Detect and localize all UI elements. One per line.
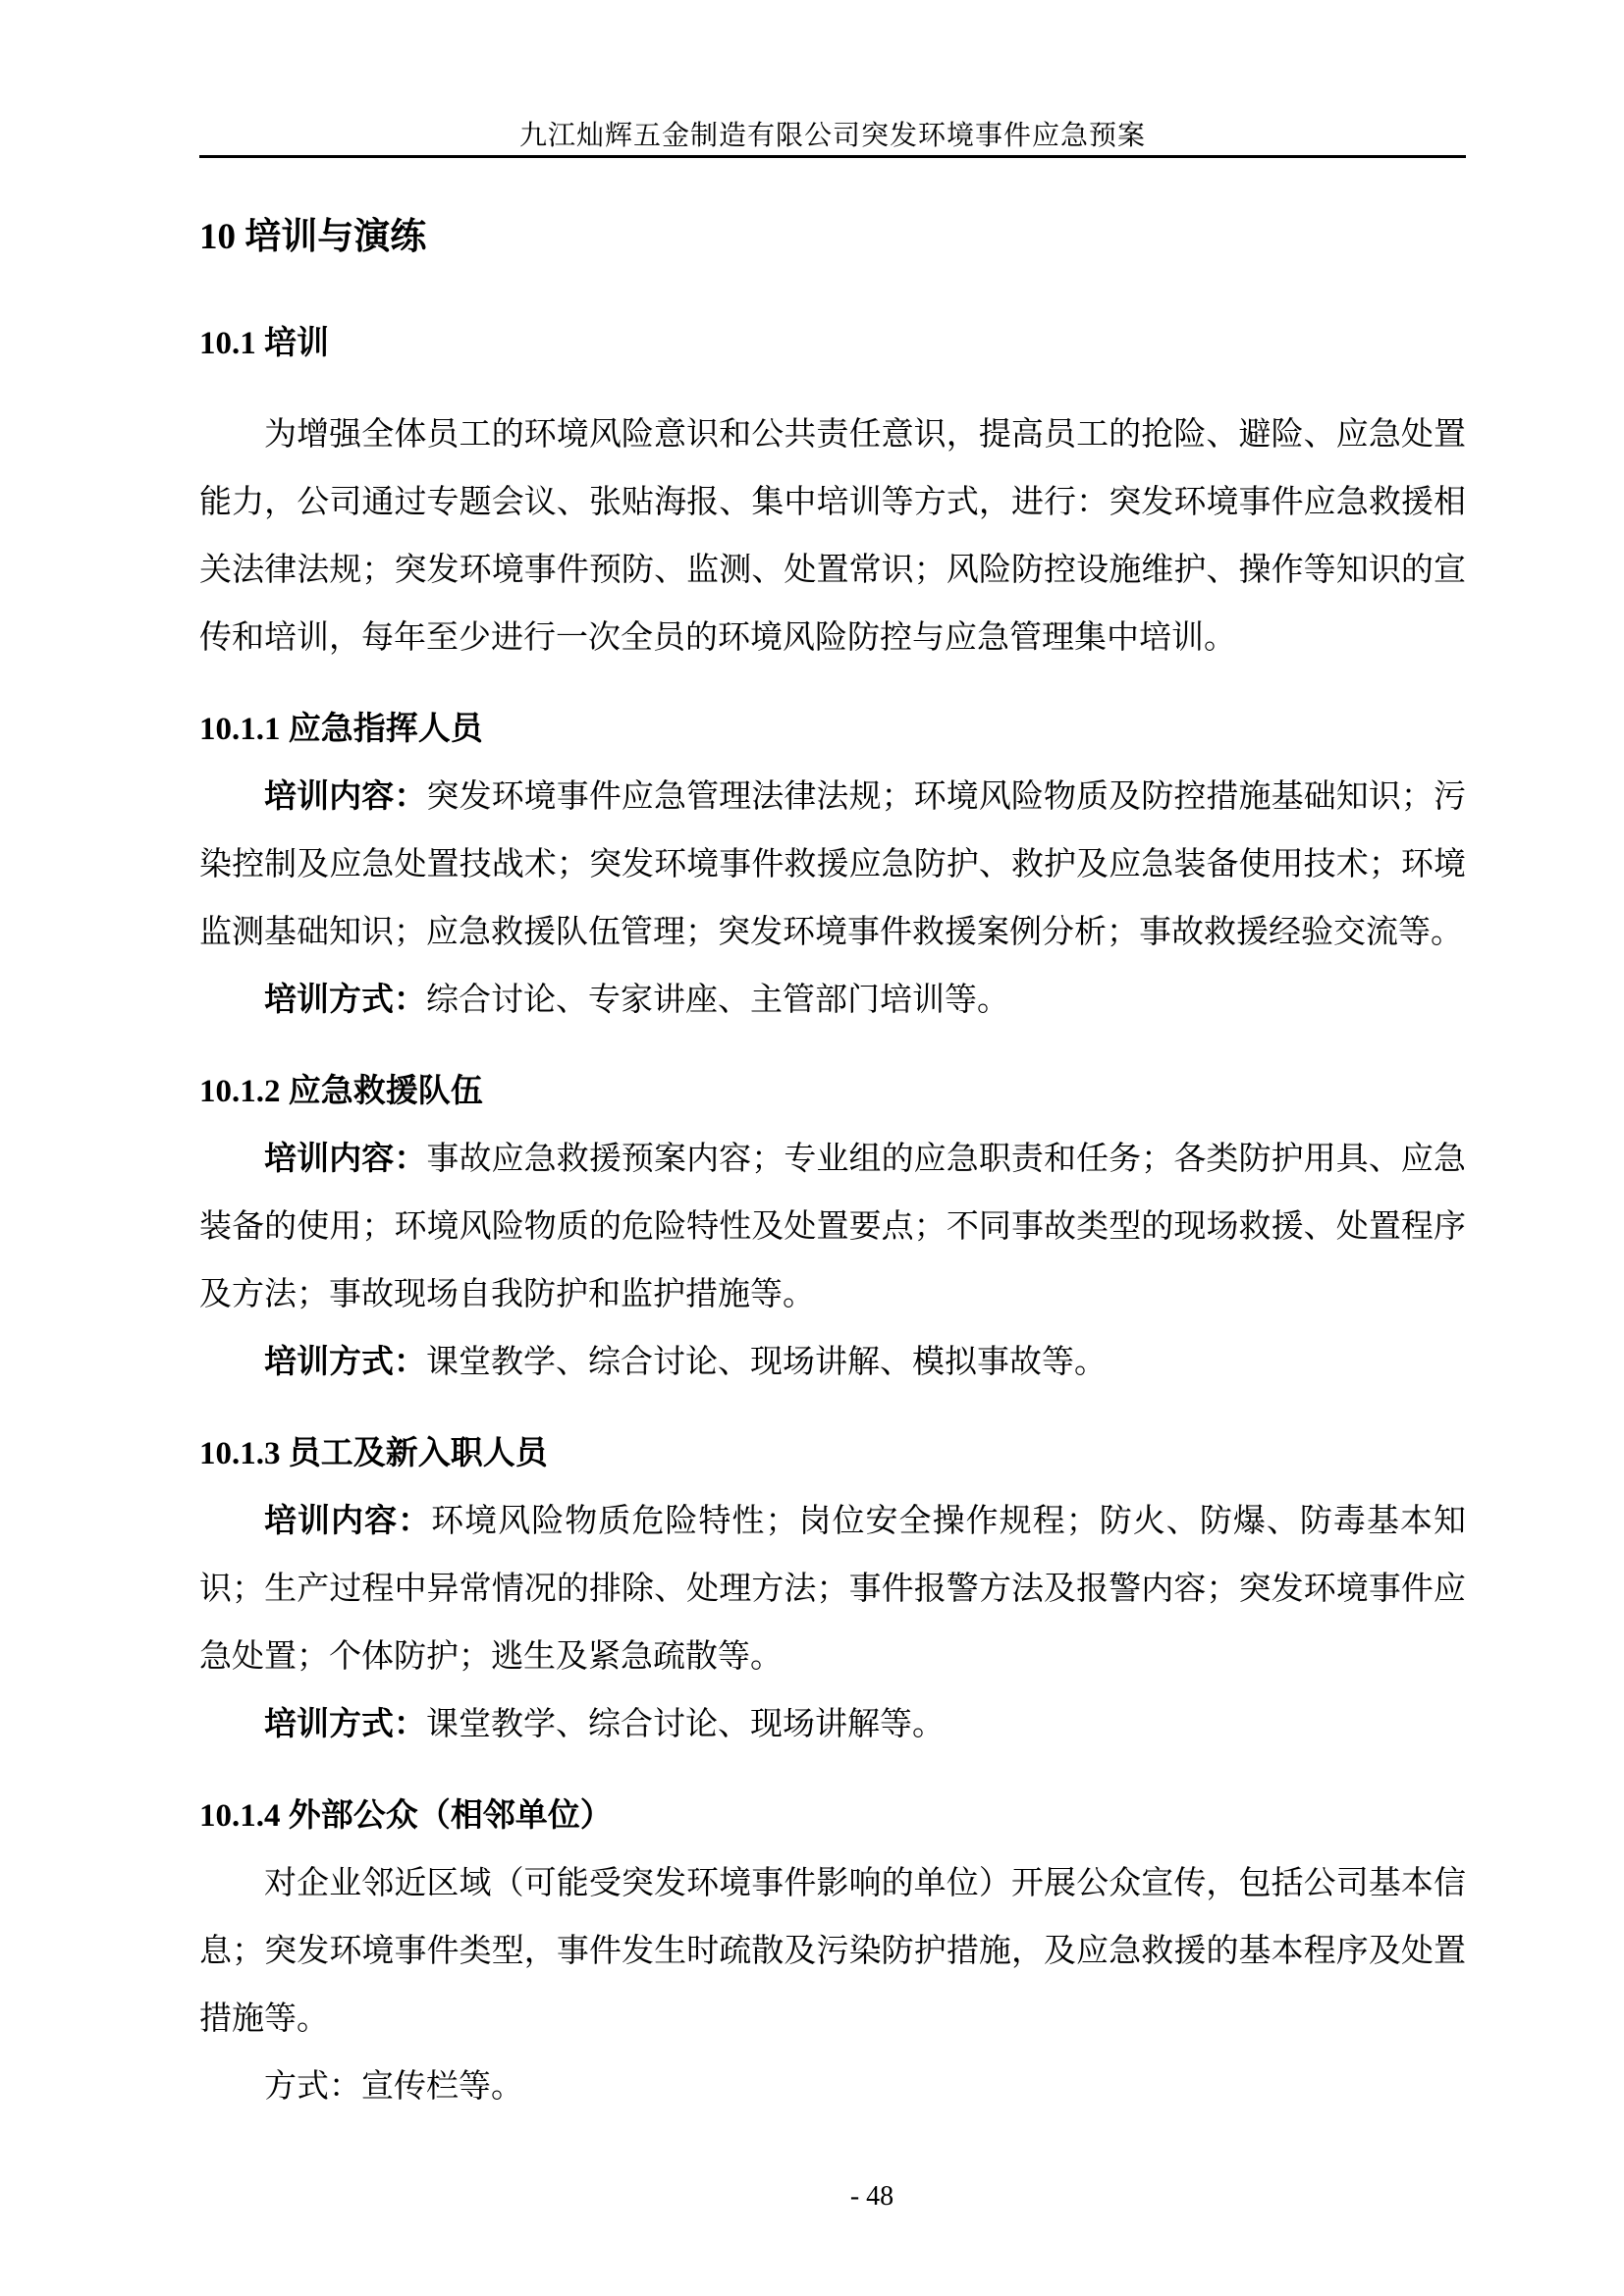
page-header: 九江灿辉五金制造有限公司突发环境事件应急预案 <box>199 0 1466 158</box>
training-content-paragraph-10-1-1: 培训内容：突发环境事件应急管理法律法规；环境风险物质及防控措施基础知识；污染控制… <box>199 764 1466 967</box>
subsection-heading-10-1-2: 10.1.2 应急救援队伍 <box>199 1058 1466 1126</box>
training-content-paragraph-10-1-2: 培训内容：事故应急救援预案内容；专业组的应急职责和任务；各类防护用具、应急装备的… <box>199 1126 1466 1329</box>
training-method-label: 培训方式： <box>264 1707 426 1742</box>
public-outreach-text: 对企业邻近区域（可能受突发环境事件影响的单位）开展公众宣传，包括公司基本信息；突… <box>199 1866 1466 2037</box>
training-method-text: 课堂教学、综合讨论、现场讲解等。 <box>426 1707 945 1742</box>
training-method-label: 培训方式： <box>264 983 426 1018</box>
training-content-label: 培训内容： <box>264 1504 431 1539</box>
subsection-heading-10-1-3: 10.1.3 员工及新入职人员 <box>199 1420 1466 1488</box>
chapter-heading: 10 培训与演练 <box>199 213 1466 262</box>
training-content-label: 培训内容： <box>264 779 426 815</box>
training-method-text: 综合讨论、专家讲座、主管部门培训等。 <box>426 983 1009 1018</box>
training-method-text: 课堂教学、综合讨论、现场讲解、模拟事故等。 <box>426 1345 1107 1380</box>
page-footer: - 48 <box>199 2179 1466 2215</box>
subsection-heading-10-1-1: 10.1.1 应急指挥人员 <box>199 696 1466 764</box>
public-outreach-method-text: 方式：宣传栏等。 <box>264 2069 523 2105</box>
public-outreach-method-paragraph: 方式：宣传栏等。 <box>199 2054 1466 2121</box>
page-number: - 48 <box>850 2179 893 2215</box>
training-content-label: 培训内容： <box>264 1142 426 1177</box>
public-outreach-paragraph: 对企业邻近区域（可能受突发环境事件影响的单位）开展公众宣传，包括公司基本信息；突… <box>199 1850 1466 2054</box>
document-content: 九江灿辉五金制造有限公司突发环境事件应急预案 10 培训与演练 10.1 培训 … <box>199 0 1466 2121</box>
training-method-paragraph-10-1-3: 培训方式：课堂教学、综合讨论、现场讲解等。 <box>199 1691 1466 1759</box>
section-heading: 10.1 培训 <box>199 321 1466 366</box>
header-title: 九江灿辉五金制造有限公司突发环境事件应急预案 <box>199 120 1466 153</box>
training-content-paragraph-10-1-3: 培训内容：环境风险物质危险特性；岗位安全操作规程；防火、防爆、防毒基本知识；生产… <box>199 1488 1466 1691</box>
training-method-paragraph-10-1-2: 培训方式：课堂教学、综合讨论、现场讲解、模拟事故等。 <box>199 1329 1466 1397</box>
section-intro-paragraph: 为增强全体员工的环境风险意识和公共责任意识，提高员工的抢险、避险、应急处置能力，… <box>199 401 1466 672</box>
subsection-heading-10-1-4: 10.1.4 外部公众（相邻单位） <box>199 1783 1466 1850</box>
training-method-paragraph-10-1-1: 培训方式：综合讨论、专家讲座、主管部门培训等。 <box>199 967 1466 1035</box>
training-method-label: 培训方式： <box>264 1345 426 1380</box>
document-page: 九江灿辉五金制造有限公司突发环境事件应急预案 10 培训与演练 10.1 培训 … <box>0 0 1624 2296</box>
